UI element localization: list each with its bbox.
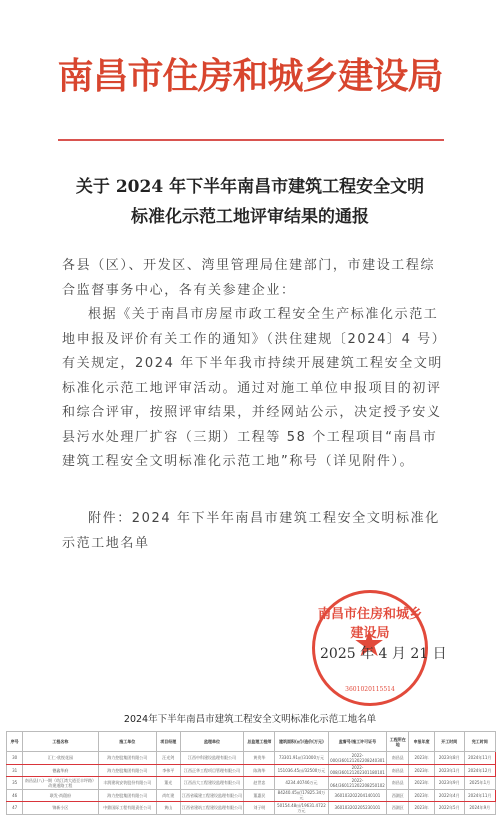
cell-permit: 360103202205230101 [328, 802, 387, 815]
document-title: 关于 2024 年下半年南昌市建筑工程安全文明 标准化示范工地评审结果的通报 [0, 172, 500, 232]
cell-area: 84240.45㎡/17825.34万元 [275, 789, 328, 802]
col-header: 完工时间 [464, 732, 495, 752]
cell-pm: 李伟平 [157, 764, 181, 777]
col-header: 总监理工程师 [244, 732, 275, 752]
cell-supervisor: 江西省建筑工程建设监理有限公司 [180, 802, 244, 815]
cell-area: 73301.91㎡/31000万元 [275, 752, 328, 765]
cell-chief: 刘子明 [244, 802, 275, 815]
cell-chief: 黄贵华 [244, 752, 275, 765]
cell-name: 联发·尚璟府 [23, 789, 98, 802]
table-row: 30 汇仁·欣悦花园 海力控股集团有限公司 汪光剑 江西中科建设监理有限公司 黄… [7, 752, 496, 765]
cell-supervisor: 江西省赣建工程建设监理有限公司 [180, 789, 244, 802]
title-line-2: 标准化示范工地评审结果的通报 [0, 202, 500, 232]
cell-pm: 汪光剑 [157, 752, 181, 765]
document-body: 各县（区）、开发区、湾里管理局住建部门，市建设工程综合监督事务中心，各有关参建企… [62, 254, 447, 475]
cell-location: 南昌县 [387, 777, 409, 790]
cell-year: 2023年 [409, 752, 435, 765]
issue-date: 2025 年 4 月 21 日 [320, 643, 447, 663]
cell-name: 汇仁·欣悦花园 [23, 752, 98, 765]
col-header: 建筑面积(㎡)/造价(万元) [275, 732, 328, 752]
cell-no: 47 [7, 802, 23, 815]
cell-start: 2022年4月 [434, 789, 464, 802]
cell-permit: 2022-064/360121202208250102 [328, 777, 387, 790]
cell-end: 2025年1月 [464, 777, 495, 790]
cell-name: 南昌县(八)一期（幼江湾大道至丰坪路）改建道路工程 [23, 777, 98, 790]
cell-chief: 陈海华 [244, 764, 275, 777]
cell-start: 2023年1月 [434, 764, 464, 777]
cell-area: 50154.48㎡/19631.4722万元 [275, 802, 328, 815]
cell-year: 2023年 [409, 789, 435, 802]
main-paragraph: 根据《关于南昌市房屋市政工程安全生产标准化示范工地申报及评价有关工作的通知》（洪… [62, 303, 447, 475]
seal-code: 3601020115514 [315, 686, 425, 693]
col-header: 监理单位 [180, 732, 244, 752]
col-header: 申报年度 [409, 732, 435, 752]
letterhead-divider [58, 139, 444, 141]
cell-contractor: 海力控股集团有限公司 [98, 752, 156, 765]
cell-permit: 2022-000/360121202208240301 [328, 752, 387, 765]
cell-start: 2023年9月 [434, 777, 464, 790]
col-header: 工程所在地 [387, 732, 409, 752]
cell-contractor: 丰润建筑安装股份有限公司 [98, 777, 156, 790]
cell-location: 南昌县 [387, 764, 409, 777]
cell-supervisor: 江西中科建设监理有限公司 [180, 752, 244, 765]
cell-end: 2024年11月 [464, 789, 495, 802]
cell-contractor: 海力控股集团有限公司 [98, 789, 156, 802]
cell-permit: 360103202204140101 [328, 789, 387, 802]
cell-contractor: 海力控股集团有限公司 [98, 764, 156, 777]
col-header: 序号 [7, 732, 23, 752]
cell-supervisor: 江西正华工程项目管理有限公司 [180, 764, 244, 777]
demo-site-table: 序号 工程名称 施工单位 项目经理 监理单位 总监理工程师 建筑面积(㎡)/造价… [6, 731, 496, 815]
col-header: 监督号/施工许可证号 [328, 732, 387, 752]
col-header: 工程名称 [23, 732, 98, 752]
table-row: 47 锦新小区 中鼎国际工程有限责任公司 黄山 江西省建筑工程建设监理有限公司 … [7, 802, 496, 815]
cell-start: 2023年8月 [434, 752, 464, 765]
table-row: 31 德鑫华府 海力控股集团有限公司 李伟平 江西正华工程项目管理有限公司 陈海… [7, 764, 496, 777]
attachment-note: 附件：2024 年下半年南昌市建筑工程安全文明标准化示范工地名单 [62, 507, 447, 556]
cell-contractor: 中鼎国际工程有限责任公司 [98, 802, 156, 815]
cell-year: 2023年 [409, 764, 435, 777]
cell-supervisor: 江西昌大工程建设监理有限公司 [180, 777, 244, 790]
cell-pm: 黄山 [157, 802, 181, 815]
cell-start: 2022年5月 [434, 802, 464, 815]
cell-area: 151036.45㎡/32500万元 [275, 764, 328, 777]
col-header: 开工时间 [434, 732, 464, 752]
cell-permit: 2022-008/360121202301180101 [328, 764, 387, 777]
cell-location: 西湖区 [387, 789, 409, 802]
col-header: 施工单位 [98, 732, 156, 752]
cell-year: 2023年 [409, 777, 435, 790]
cell-no: 31 [7, 764, 23, 777]
cell-pm: 董光 [157, 777, 181, 790]
title-line-1: 关于 2024 年下半年南昌市建筑工程安全文明 [0, 172, 500, 202]
salutation: 各县（区）、开发区、湾里管理局住建部门，市建设工程综合监督事务中心，各有关参建企… [62, 254, 447, 303]
cell-chief: 董惠民 [244, 789, 275, 802]
cell-name: 锦新小区 [23, 802, 98, 815]
cell-location: 西湖区 [387, 802, 409, 815]
table-title: 2024年下半年南昌市建筑工程安全文明标准化示范工地名单 [0, 711, 500, 725]
cell-end: 2024年11月 [464, 752, 495, 765]
table-row: 35 南昌县(八)一期（幼江湾大道至丰坪路）改建道路工程 丰润建筑安装股份有限公… [7, 777, 496, 790]
cell-year: 2023年 [409, 802, 435, 815]
col-header: 项目经理 [157, 732, 181, 752]
cell-chief: 赵世忠 [244, 777, 275, 790]
cell-no: 30 [7, 752, 23, 765]
cell-name: 德鑫华府 [23, 764, 98, 777]
cell-area: 4234.40746万元 [275, 777, 328, 790]
cell-no: 35 [7, 777, 23, 790]
letterhead-title: 南昌市住房和城乡建设局 [0, 48, 500, 99]
cell-end: 2024年12月 [464, 764, 495, 777]
table-row: 46 联发·尚璟府 海力控股集团有限公司 尚红建 江西省赣建工程建设监理有限公司… [7, 789, 496, 802]
table-header-row: 序号 工程名称 施工单位 项目经理 监理单位 总监理工程师 建筑面积(㎡)/造价… [7, 732, 496, 752]
cell-pm: 尚红建 [157, 789, 181, 802]
cell-end: 2024年9月 [464, 802, 495, 815]
cell-no: 46 [7, 789, 23, 802]
cell-location: 南昌县 [387, 752, 409, 765]
